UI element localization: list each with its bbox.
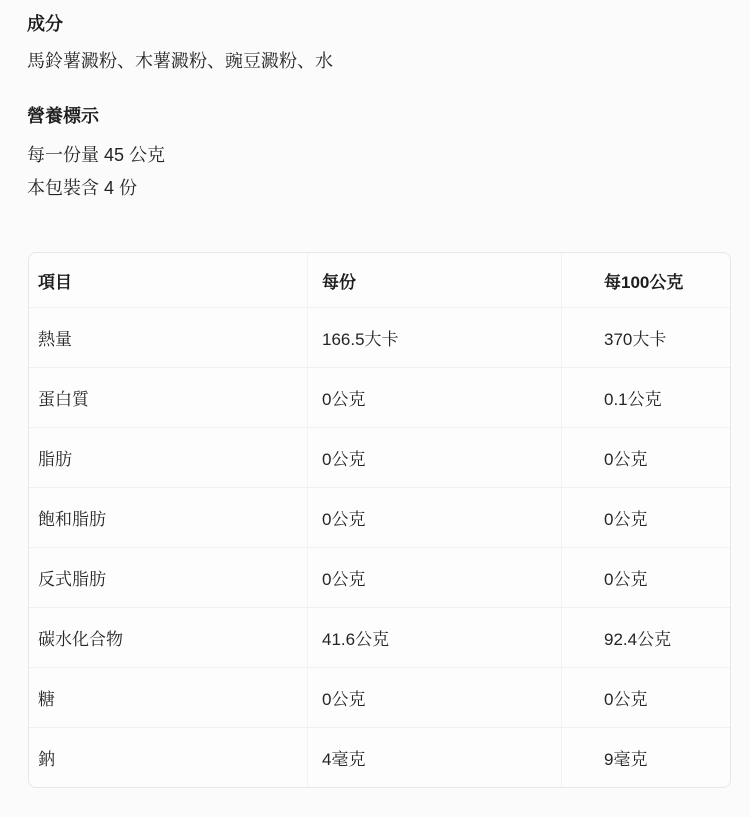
row-item: 糖 <box>29 667 308 727</box>
nutrition-heading: 營養標示 <box>27 104 730 128</box>
row-per-100g: 9毫克 <box>562 727 730 787</box>
ingredients-heading: 成分 <box>27 12 730 36</box>
row-per-100g: 370大卡 <box>562 307 730 367</box>
row-item: 碳水化合物 <box>29 607 308 667</box>
row-per-100g: 0.1公克 <box>562 367 730 427</box>
table-row: 飽和脂肪 0公克 0公克 <box>29 487 730 547</box>
header-per-100g: 每100公克 <box>562 253 730 307</box>
row-per-100g: 92.4公克 <box>562 607 730 667</box>
row-per-serving: 41.6公克 <box>308 607 562 667</box>
table-row: 蛋白質 0公克 0.1公克 <box>29 367 730 427</box>
table-row: 脂肪 0公克 0公克 <box>29 427 730 487</box>
row-per-100g: 0公克 <box>562 547 730 607</box>
row-per-serving: 0公克 <box>308 487 562 547</box>
row-item: 熱量 <box>29 307 308 367</box>
row-per-serving: 0公克 <box>308 547 562 607</box>
table-header-row: 項目 每份 每100公克 <box>29 253 730 307</box>
row-item: 反式脂肪 <box>29 547 308 607</box>
row-per-serving: 166.5大卡 <box>308 307 562 367</box>
row-per-100g: 0公克 <box>562 427 730 487</box>
table-row: 糖 0公克 0公克 <box>29 667 730 727</box>
row-item: 蛋白質 <box>29 367 308 427</box>
row-per-serving: 0公克 <box>308 367 562 427</box>
table-row: 反式脂肪 0公克 0公克 <box>29 547 730 607</box>
table-row: 鈉 4毫克 9毫克 <box>29 727 730 787</box>
header-per-serving: 每份 <box>308 253 562 307</box>
ingredients-text: 馬鈴薯澱粉、木薯澱粉、豌豆澱粉、水 <box>27 49 730 73</box>
row-item: 飽和脂肪 <box>29 487 308 547</box>
row-per-100g: 0公克 <box>562 487 730 547</box>
row-per-serving: 4毫克 <box>308 727 562 787</box>
row-per-serving: 0公克 <box>308 667 562 727</box>
row-per-100g: 0公克 <box>562 667 730 727</box>
nutrition-table: 項目 每份 每100公克 熱量 166.5大卡 370大卡 蛋白質 0公克 0.… <box>28 252 731 788</box>
row-item: 脂肪 <box>29 427 308 487</box>
serving-size-text: 每一份量 45 公克 <box>27 143 730 167</box>
row-item: 鈉 <box>29 727 308 787</box>
product-info-page: 成分 馬鈴薯澱粉、木薯澱粉、豌豆澱粉、水 營養標示 每一份量 45 公克 本包裝… <box>0 0 750 817</box>
table-row: 碳水化合物 41.6公克 92.4公克 <box>29 607 730 667</box>
servings-per-package-text: 本包裝含 4 份 <box>27 176 730 200</box>
row-per-serving: 0公克 <box>308 427 562 487</box>
header-item: 項目 <box>29 253 308 307</box>
table-row: 熱量 166.5大卡 370大卡 <box>29 307 730 367</box>
